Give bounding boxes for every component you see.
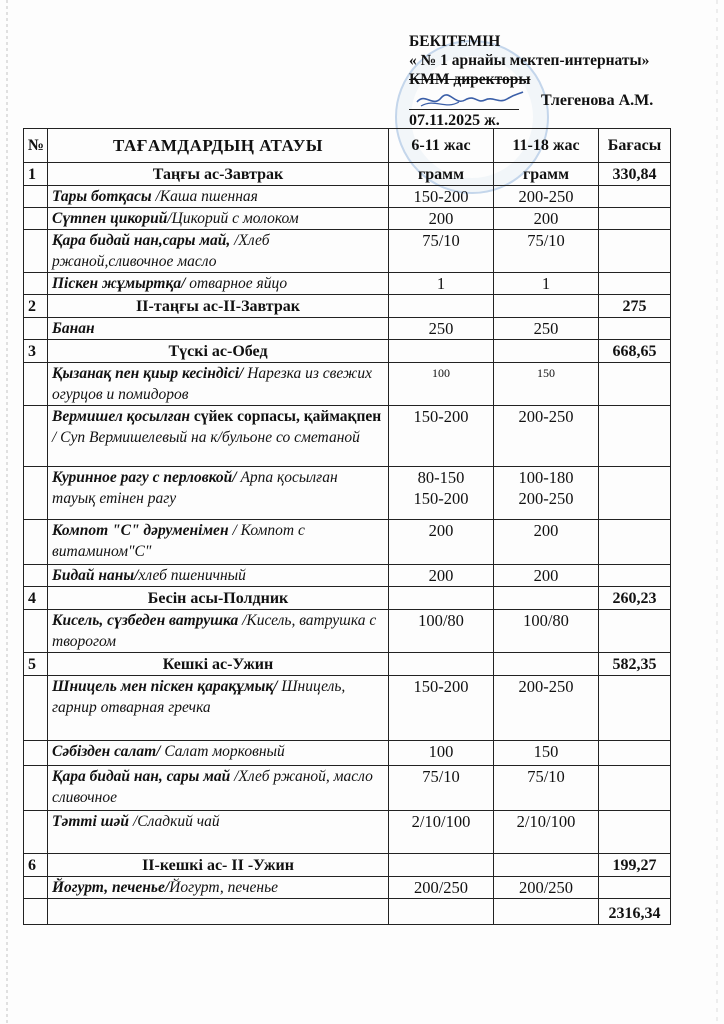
portion-6-11: 75/10 bbox=[389, 230, 494, 273]
section-row: 4Бесін асы-Полдник260,23 bbox=[24, 587, 671, 610]
portion-11-18: 200-250 bbox=[494, 186, 599, 208]
item-number bbox=[24, 565, 48, 587]
item-name-ru: /Цикорий с молоком bbox=[167, 210, 298, 227]
school-name: « № 1 арнайы мектеп-интернаты» bbox=[409, 51, 649, 70]
item-price bbox=[599, 467, 671, 520]
portion-11-18: 100-180 200-250 bbox=[494, 467, 599, 520]
item-name-kz: Йогурт, печенье/ bbox=[52, 879, 169, 896]
total-row: 2316,34 bbox=[24, 899, 671, 925]
section-price: 668,65 bbox=[599, 340, 671, 363]
total-empty-cell bbox=[48, 899, 389, 925]
item-name: Банан bbox=[48, 318, 389, 340]
item-name-kz: Куринное рагу с перловкой/ bbox=[52, 469, 237, 486]
item-name: Тары ботқасы /Каша пшенная bbox=[48, 186, 389, 208]
unit-6-11: грамм bbox=[389, 163, 494, 186]
menu-item-row: Кисель, сүзбеден ватрушка /Кисель, ватру… bbox=[24, 610, 671, 653]
item-name-kz-bold: сүйек сорпасы, қаймақпен bbox=[194, 408, 381, 425]
portion-11-18: 150 bbox=[494, 741, 599, 766]
menu-item-row: Қара бидай нан,сары май, /Хлеб ржаной,сл… bbox=[24, 230, 671, 273]
signature-line bbox=[409, 109, 519, 110]
item-name-kz: Піскен жұмыртқа/ bbox=[52, 275, 185, 292]
portion-6-11: 150-200 bbox=[389, 406, 494, 467]
menu-item-row: Банан250250 bbox=[24, 318, 671, 340]
menu-item-row: Тары ботқасы /Каша пшенная150-200200-250 bbox=[24, 186, 671, 208]
item-name-kz: Бидай наны/ bbox=[52, 567, 138, 584]
section-number: 6 bbox=[24, 854, 48, 877]
item-number bbox=[24, 520, 48, 565]
item-name-ru: /Каша пшенная bbox=[152, 188, 258, 205]
unit-6-11 bbox=[389, 340, 494, 363]
portion-6-11: 200 bbox=[389, 565, 494, 587]
section-price: 582,35 bbox=[599, 653, 671, 676]
item-price bbox=[599, 363, 671, 406]
unit-11-18 bbox=[494, 587, 599, 610]
menu-item-row: Қызанақ пен қиыр кесіндісі/ Нарезка из с… bbox=[24, 363, 671, 406]
header-age-11-18: 11-18 жас bbox=[494, 129, 599, 163]
item-name: Қара бидай нан,сары май, /Хлеб ржаной,сл… bbox=[48, 230, 389, 273]
unit-6-11 bbox=[389, 295, 494, 318]
item-number bbox=[24, 766, 48, 811]
portion-6-11: 200 bbox=[389, 208, 494, 230]
item-name-kz: Банан bbox=[52, 320, 95, 337]
item-number bbox=[24, 741, 48, 766]
item-name: Қара бидай нан, сары май /Хлеб ржаной, м… bbox=[48, 766, 389, 811]
item-name-kz: Тары ботқасы bbox=[52, 188, 152, 205]
item-name: Сәбізден салат/ Салат морковный bbox=[48, 741, 389, 766]
scan-edge-right bbox=[716, 0, 718, 1024]
section-title: Түскі ас-Обед bbox=[48, 340, 389, 363]
menu-item-row: Шницель мен піскен қарақұмық/ Шницель, г… bbox=[24, 676, 671, 741]
section-title: Кешкі ас-Ужин bbox=[48, 653, 389, 676]
item-name: Компот "С" дәруменімен / Компот с витами… bbox=[48, 520, 389, 565]
item-price bbox=[599, 318, 671, 340]
unit-11-18 bbox=[494, 295, 599, 318]
item-price bbox=[599, 610, 671, 653]
header-no: № bbox=[24, 129, 48, 163]
item-name-kz: Сүтпен цикорий bbox=[52, 210, 167, 227]
header-price: Бағасы bbox=[599, 129, 671, 163]
item-name-kz: Вермишел қосылған bbox=[52, 408, 194, 425]
portion-11-18: 1 bbox=[494, 273, 599, 295]
item-price bbox=[599, 676, 671, 741]
total-price: 2316,34 bbox=[599, 899, 671, 925]
item-price bbox=[599, 208, 671, 230]
menu-item-row: Компот "С" дәруменімен / Компот с витами… bbox=[24, 520, 671, 565]
item-name-ru: / Суп Вермишелевый на к/бульоне со смета… bbox=[52, 429, 360, 446]
section-number: 4 bbox=[24, 587, 48, 610]
portion-6-11: 2/10/100 bbox=[389, 811, 494, 854]
item-number bbox=[24, 363, 48, 406]
item-name-ru: /Сладкий чай bbox=[129, 813, 220, 830]
item-price bbox=[599, 230, 671, 273]
item-name: Сүтпен цикорий/Цикорий с молоком bbox=[48, 208, 389, 230]
portion-6-11: 100 bbox=[389, 363, 494, 406]
portion-11-18: 250 bbox=[494, 318, 599, 340]
item-name: Куринное рагу с перловкой/ Арпа қосылған… bbox=[48, 467, 389, 520]
portion-11-18: 150 bbox=[494, 363, 599, 406]
item-number bbox=[24, 877, 48, 899]
item-price bbox=[599, 766, 671, 811]
item-name: Йогурт, печенье/Йогурт, печенье bbox=[48, 877, 389, 899]
item-number bbox=[24, 230, 48, 273]
item-name: Піскен жұмыртқа/ отварное яйцо bbox=[48, 273, 389, 295]
item-price bbox=[599, 877, 671, 899]
item-name-kz: Шницель мен піскен қарақұмық/ bbox=[52, 678, 278, 695]
portion-6-11: 100/80 bbox=[389, 610, 494, 653]
section-number: 2 bbox=[24, 295, 48, 318]
section-number: 1 bbox=[24, 163, 48, 186]
item-name-kz: Компот "С" дәруменімен bbox=[52, 522, 229, 539]
item-name-ru: отварное яйцо bbox=[185, 275, 287, 292]
menu-item-row: Қара бидай нан, сары май /Хлеб ржаной, м… bbox=[24, 766, 671, 811]
section-row: 3Түскі ас-Обед668,65 bbox=[24, 340, 671, 363]
item-number bbox=[24, 676, 48, 741]
unit-11-18 bbox=[494, 854, 599, 877]
item-number bbox=[24, 406, 48, 467]
item-name: Вермишел қосылған сүйек сорпасы, қаймақп… bbox=[48, 406, 389, 467]
item-name-kz: Сәбізден салат/ bbox=[52, 743, 160, 760]
item-number bbox=[24, 467, 48, 520]
item-name: Қызанақ пен қиыр кесіндісі/ Нарезка из с… bbox=[48, 363, 389, 406]
portion-6-11: 80-150 150-200 bbox=[389, 467, 494, 520]
section-number: 3 bbox=[24, 340, 48, 363]
section-title: Таңғы ас-Завтрак bbox=[48, 163, 389, 186]
item-name-ru: Салат морковный bbox=[160, 743, 284, 760]
portion-6-11: 150-200 bbox=[389, 186, 494, 208]
section-price: 260,23 bbox=[599, 587, 671, 610]
portion-11-18: 200/250 bbox=[494, 877, 599, 899]
portion-6-11: 100 bbox=[389, 741, 494, 766]
section-row: 6ІІ-кешкі ас- ІІ -Ужин199,27 bbox=[24, 854, 671, 877]
menu-item-row: Йогурт, печенье/Йогурт, печенье200/25020… bbox=[24, 877, 671, 899]
section-title: ІІ-кешкі ас- ІІ -Ужин bbox=[48, 854, 389, 877]
item-name-ru: Йогурт, печенье bbox=[169, 879, 278, 896]
item-price bbox=[599, 565, 671, 587]
item-name: Шницель мен піскен қарақұмық/ Шницель, г… bbox=[48, 676, 389, 741]
portion-11-18: 75/10 bbox=[494, 230, 599, 273]
section-row: 1Таңғы ас-Завтракграммграмм330,84 bbox=[24, 163, 671, 186]
portion-11-18: 200 bbox=[494, 565, 599, 587]
menu-item-row: Бидай наны/хлеб пшеничный200200 bbox=[24, 565, 671, 587]
item-number bbox=[24, 318, 48, 340]
menu-item-row: Сүтпен цикорий/Цикорий с молоком200200 bbox=[24, 208, 671, 230]
section-title: ІІ-таңғы ас-ІІ-Завтрак bbox=[48, 295, 389, 318]
item-name-kz: Қара бидай нан,сары май, bbox=[52, 232, 230, 249]
item-name-kz: Тәтті шәй bbox=[52, 813, 129, 830]
unit-11-18: грамм bbox=[494, 163, 599, 186]
item-price bbox=[599, 273, 671, 295]
portion-6-11: 250 bbox=[389, 318, 494, 340]
item-number bbox=[24, 811, 48, 854]
unit-6-11 bbox=[389, 854, 494, 877]
unit-6-11 bbox=[389, 653, 494, 676]
item-number bbox=[24, 273, 48, 295]
item-name: Тәтті шәй /Сладкий чай bbox=[48, 811, 389, 854]
header-age-6-11: 6-11 жас bbox=[389, 129, 494, 163]
portion-11-18: 100/80 bbox=[494, 610, 599, 653]
director-name: Тлегенова А.М. bbox=[541, 91, 653, 110]
item-number bbox=[24, 610, 48, 653]
item-number bbox=[24, 208, 48, 230]
portion-11-18: 200 bbox=[494, 520, 599, 565]
item-name-kz: Қызанақ пен қиыр кесіндісі/ bbox=[52, 365, 243, 382]
section-row: 2ІІ-таңғы ас-ІІ-Завтрак275 bbox=[24, 295, 671, 318]
total-empty-cell bbox=[494, 899, 599, 925]
portion-6-11: 200 bbox=[389, 520, 494, 565]
section-price: 199,27 bbox=[599, 854, 671, 877]
menu-item-row: Куринное рагу с перловкой/ Арпа қосылған… bbox=[24, 467, 671, 520]
header-name: ТАҒАМДАРДЫҢ АТАУЫ bbox=[48, 129, 389, 163]
section-price: 330,84 bbox=[599, 163, 671, 186]
item-name-kz: Кисель, сүзбеден ватрушка bbox=[52, 612, 238, 629]
portion-6-11: 150-200 bbox=[389, 676, 494, 741]
menu-table: № ТАҒАМДАРДЫҢ АТАУЫ 6-11 жас 11-18 жас Б… bbox=[23, 128, 671, 925]
total-empty-cell bbox=[389, 899, 494, 925]
item-name-ru: хлеб пшеничный bbox=[138, 567, 245, 584]
section-number: 5 bbox=[24, 653, 48, 676]
menu-item-row: Сәбізден салат/ Салат морковный100150 bbox=[24, 741, 671, 766]
section-price: 275 bbox=[599, 295, 671, 318]
portion-11-18: 200 bbox=[494, 208, 599, 230]
section-row: 5Кешкі ас-Ужин582,35 bbox=[24, 653, 671, 676]
item-name: Кисель, сүзбеден ватрушка /Кисель, ватру… bbox=[48, 610, 389, 653]
section-title: Бесін асы-Полдник bbox=[48, 587, 389, 610]
unit-11-18 bbox=[494, 653, 599, 676]
scan-edge-left bbox=[6, 0, 8, 1024]
item-name: Бидай наны/хлеб пшеничный bbox=[48, 565, 389, 587]
item-price bbox=[599, 406, 671, 467]
unit-11-18 bbox=[494, 340, 599, 363]
unit-6-11 bbox=[389, 587, 494, 610]
item-price bbox=[599, 520, 671, 565]
portion-11-18: 2/10/100 bbox=[494, 811, 599, 854]
menu-body: 1Таңғы ас-Завтракграммграмм330,84Тары бо… bbox=[24, 163, 671, 925]
director-position: КММ директоры bbox=[409, 70, 649, 89]
menu-item-row: Вермишел қосылған сүйек сорпасы, қаймақп… bbox=[24, 406, 671, 467]
total-empty-cell bbox=[24, 899, 48, 925]
portion-6-11: 200/250 bbox=[389, 877, 494, 899]
approval-block: БЕКІТЕМІН « № 1 арнайы мектеп-интернаты»… bbox=[409, 32, 649, 89]
portion-6-11: 1 bbox=[389, 273, 494, 295]
portion-11-18: 200-250 bbox=[494, 676, 599, 741]
portion-11-18: 75/10 bbox=[494, 766, 599, 811]
item-price bbox=[599, 811, 671, 854]
item-name-kz: Қара бидай нан, сары май bbox=[52, 768, 230, 785]
portion-11-18: 200-250 bbox=[494, 406, 599, 467]
menu-item-row: Піскен жұмыртқа/ отварное яйцо11 bbox=[24, 273, 671, 295]
portion-6-11: 75/10 bbox=[389, 766, 494, 811]
header-row: № ТАҒАМДАРДЫҢ АТАУЫ 6-11 жас 11-18 жас Б… bbox=[24, 129, 671, 163]
item-number bbox=[24, 186, 48, 208]
menu-item-row: Тәтті шәй /Сладкий чай2/10/1002/10/100 bbox=[24, 811, 671, 854]
item-price bbox=[599, 186, 671, 208]
approval-title: БЕКІТЕМІН bbox=[409, 32, 649, 51]
item-price bbox=[599, 741, 671, 766]
